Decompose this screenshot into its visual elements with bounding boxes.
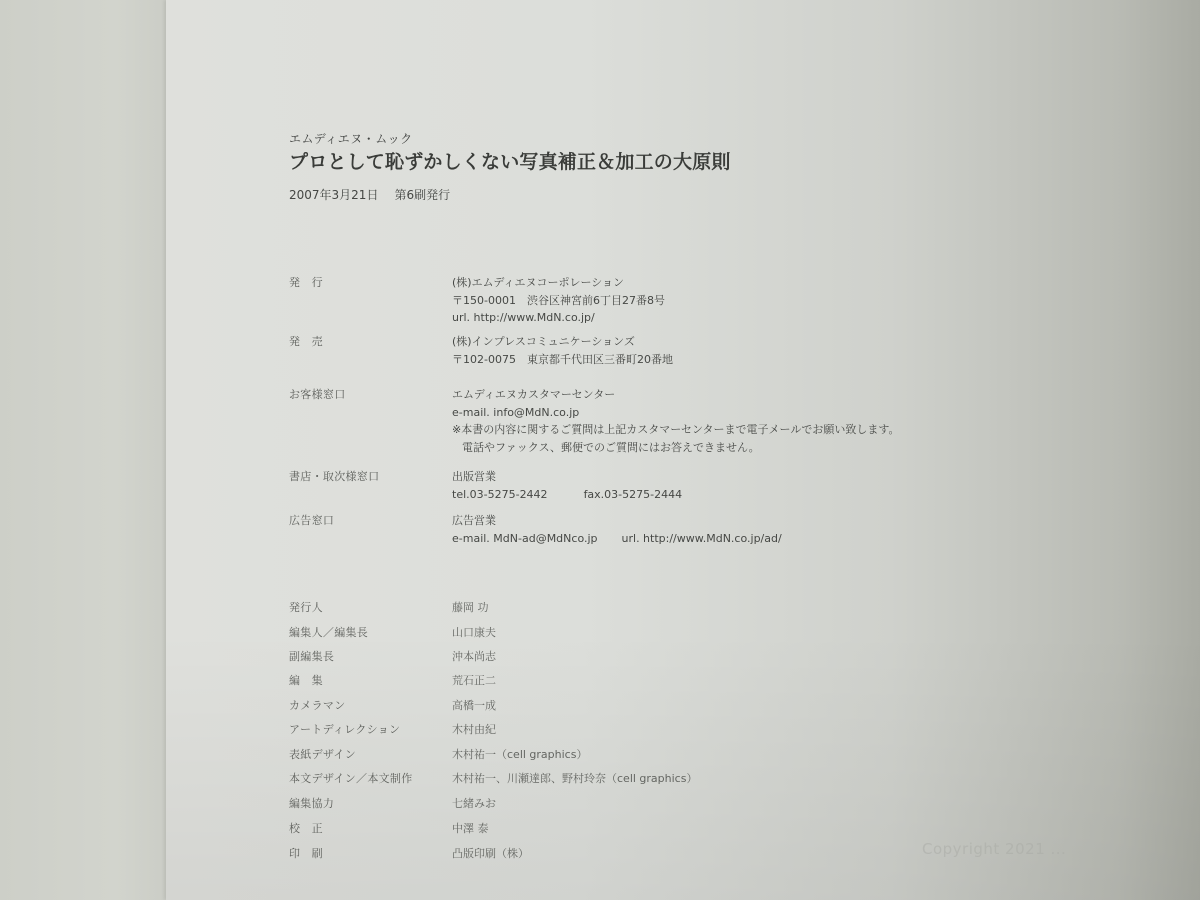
info-label: 広告窓口: [289, 512, 452, 547]
contact-line: tel.03-5275-2442fax.03-5275-2444: [452, 486, 682, 504]
url-link[interactable]: url. http://www.MdN.co.jp/: [452, 309, 665, 327]
book-title: プロとして恥ずかしくない写真補正＆加工の大原則: [289, 147, 731, 174]
staff-row: アートディレクション木村由紀: [289, 721, 496, 737]
copyright-watermark: Copyright 2021 ...: [922, 840, 1066, 858]
date: 2007年3月21日: [289, 188, 378, 202]
staff-role: 編集協力: [289, 795, 452, 811]
series-name: エムディエヌ・ムック: [289, 130, 413, 147]
staff-row: 副編集長沖本尚志: [289, 648, 496, 664]
info-label: 書店・取次様窓口: [289, 468, 452, 503]
staff-name: 沖本尚志: [452, 648, 496, 664]
contact-line: e-mail. MdN-ad@MdNco.jpurl. http://www.M…: [452, 530, 782, 548]
staff-name: 中澤 泰: [452, 820, 489, 836]
staff-row: 表紙デザイン木村祐一（cell graphics）: [289, 746, 587, 762]
publication-date: 2007年3月21日第6刷発行: [289, 186, 450, 203]
url-link[interactable]: url. http://www.MdN.co.jp/ad/: [622, 532, 782, 545]
email-link[interactable]: e-mail. info@MdN.co.jp: [452, 404, 899, 422]
staff-name: 木村祐一、川瀬達郎、野村玲奈（cell graphics）: [452, 770, 697, 786]
email-link[interactable]: e-mail. MdN-ad@MdNco.jp: [452, 532, 598, 545]
info-row-customer-support: お客様窓口 エムディエヌカスタマーセンター e-mail. info@MdN.c…: [289, 386, 899, 456]
staff-row: 編集協力七緒みお: [289, 795, 496, 811]
left-page-edge: [0, 0, 166, 900]
info-note: ※本書の内容に関するご質問は上記カスタマーセンターまで電子メールでお願い致します…: [452, 421, 899, 439]
staff-name: 藤岡 功: [452, 599, 489, 615]
staff-name: 高橋一成: [452, 697, 496, 713]
staff-role: 編集人／編集長: [289, 624, 452, 640]
staff-name: 木村祐一（cell graphics）: [452, 746, 587, 762]
staff-role: 本文デザイン／本文制作: [289, 770, 452, 786]
info-line: (株)エムディエヌコーポレーション: [452, 274, 665, 292]
staff-row: 編 集荒石正二: [289, 672, 496, 688]
info-label: 発 行: [289, 274, 452, 327]
staff-role: 発行人: [289, 599, 452, 615]
staff-role: カメラマン: [289, 697, 452, 713]
info-row-advertising: 広告窓口 広告営業 e-mail. MdN-ad@MdNco.jpurl. ht…: [289, 512, 782, 547]
staff-role: 編 集: [289, 672, 452, 688]
info-note: 電話やファックス、郵便でのご質問にはお答えできません。: [452, 439, 899, 457]
info-line: 出版営業: [452, 468, 682, 486]
info-line: 広告営業: [452, 512, 782, 530]
staff-name: 凸版印刷（株）: [452, 845, 529, 861]
staff-row: 本文デザイン／本文制作木村祐一、川瀬達郎、野村玲奈（cell graphics）: [289, 770, 697, 786]
staff-row: 校 正中澤 泰: [289, 820, 489, 836]
staff-row: 編集人／編集長山口康夫: [289, 624, 496, 640]
staff-role: 印 刷: [289, 845, 452, 861]
info-row-bookstore: 書店・取次様窓口 出版営業 tel.03-5275-2442fax.03-527…: [289, 468, 682, 503]
info-label: お客様窓口: [289, 386, 452, 456]
staff-role: 表紙デザイン: [289, 746, 452, 762]
info-line: エムディエヌカスタマーセンター: [452, 386, 899, 404]
staff-name: 木村由紀: [452, 721, 496, 737]
info-label: 発 売: [289, 333, 452, 368]
info-row-distributor: 発 売 (株)インプレスコミュニケーションズ 〒102-0075 東京都千代田区…: [289, 333, 673, 368]
staff-name: 荒石正二: [452, 672, 496, 688]
tel: tel.03-5275-2442: [452, 488, 548, 501]
info-line: (株)インプレスコミュニケーションズ: [452, 333, 673, 351]
info-row-issuer: 発 行 (株)エムディエヌコーポレーション 〒150-0001 渋谷区神宮前6丁…: [289, 274, 665, 327]
staff-row: 印 刷凸版印刷（株）: [289, 845, 529, 861]
info-line: 〒102-0075 東京都千代田区三番町20番地: [452, 351, 673, 369]
staff-role: 校 正: [289, 820, 452, 836]
staff-role: アートディレクション: [289, 721, 452, 737]
staff-row: カメラマン高橋一成: [289, 697, 496, 713]
staff-name: 山口康夫: [452, 624, 496, 640]
info-line: 〒150-0001 渋谷区神宮前6丁目27番8号: [452, 292, 665, 310]
fax: fax.03-5275-2444: [584, 488, 683, 501]
staff-role: 副編集長: [289, 648, 452, 664]
staff-name: 七緒みお: [452, 795, 496, 811]
printing-edition: 第6刷発行: [394, 188, 450, 202]
staff-row: 発行人藤岡 功: [289, 599, 489, 615]
